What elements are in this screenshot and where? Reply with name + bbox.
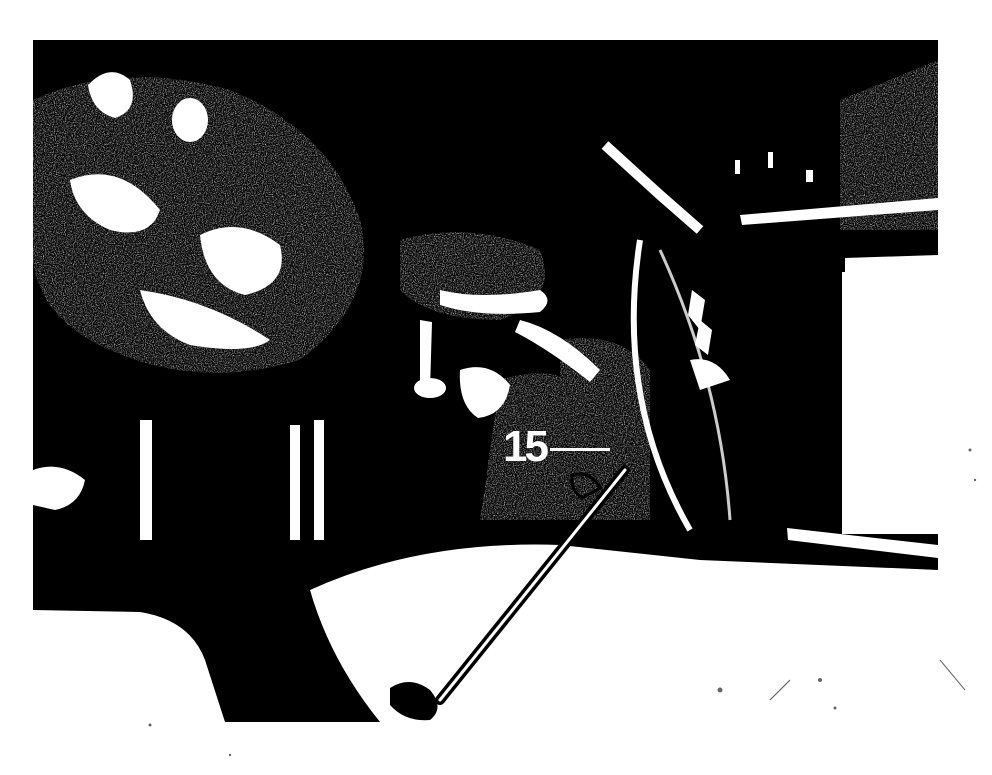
callout-leader-line	[550, 448, 610, 451]
part-callout-15: 15	[503, 425, 610, 469]
photo-area	[33, 40, 938, 722]
manual-photo	[0, 0, 992, 775]
callout-label: 15	[503, 425, 546, 469]
